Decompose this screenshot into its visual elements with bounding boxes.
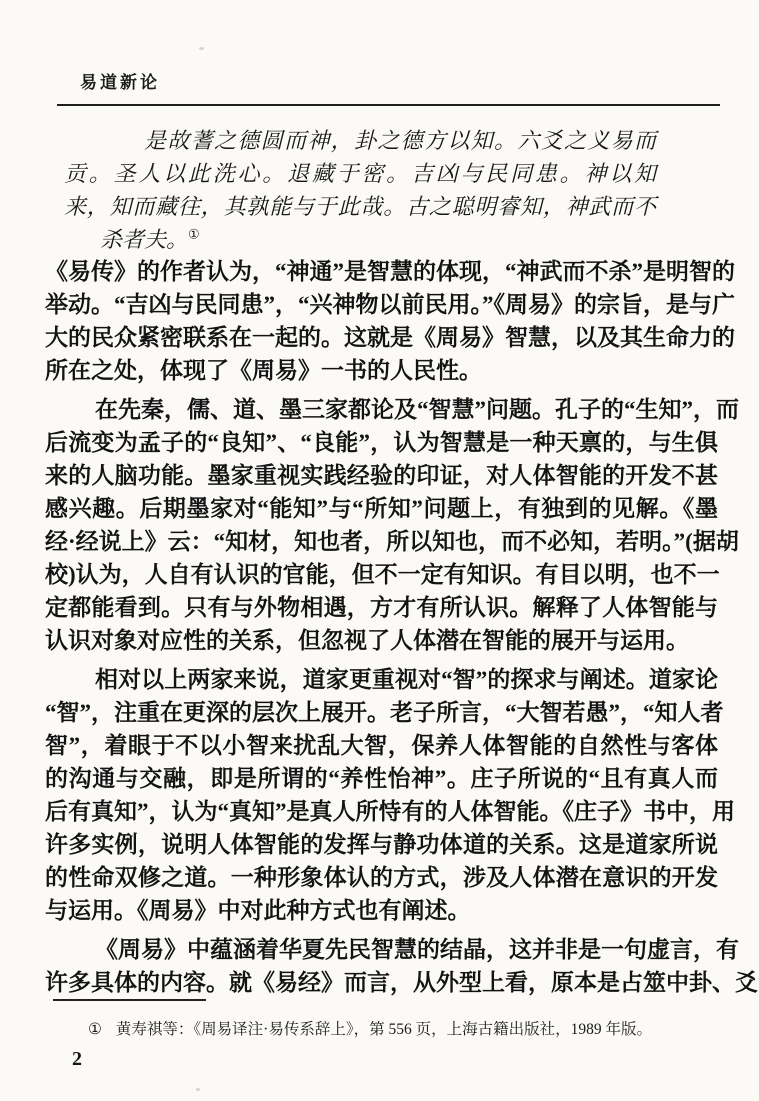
- quote-line: 杀者夫。①: [64, 223, 656, 256]
- text-line: 认识对象对应性的关系，但忽视了人体潜在智能的展开与运用。: [45, 624, 718, 657]
- header-rule: [57, 104, 720, 106]
- text-line: 与运用。《周易》中对此种方式也有阐述。: [45, 894, 718, 927]
- paragraph: 在先秦，儒、道、墨三家都论及“智慧”问题。孔子的“生知”，而 后流变为孟子的“良…: [45, 393, 718, 657]
- text-line: 举动。“吉凶与民同患”，“兴神物以前民用。”《周易》的宗旨，是与广: [45, 288, 718, 321]
- text-line: 许多实例，说明人体智能的发挥与静功体道的关系。这是道家所说: [45, 828, 718, 861]
- book-page: 易道新论 是故蓍之德圆而神，卦之德方以知。六爻之义易而 贡。圣人以此洗心。退藏于…: [0, 0, 759, 1101]
- scan-artifact: [196, 1088, 200, 1091]
- paragraph: 相对以上两家来说，道家更重视对“智”的探求与阐述。道家论 “智”，注重在更深的层…: [45, 663, 718, 927]
- text-line: 经·经说上》云：“知材，知也者，所以知也，而不必知，若明。”(据胡: [45, 525, 718, 558]
- scan-artifact: [199, 47, 204, 50]
- text-line: 后流变为孟子的“良知”、“良能”，认为智慧是一种天禀的，与生俱: [45, 426, 718, 459]
- text-line: 所在之处，体现了《周易》一书的人民性。: [45, 354, 718, 387]
- text-line: 感兴趣。后期墨家对“能知”与“所知”问题上，有独到的见解。《墨: [45, 492, 718, 525]
- text-line: 后有真知”，认为“真知”是真人所恃有的人体智能。《庄子》书中，用: [45, 795, 718, 828]
- text-line: 相对以上两家来说，道家更重视对“智”的探求与阐述。道家论: [45, 663, 718, 696]
- text-line: 定都能看到。只有与外物相遇，方才有所认识。解释了人体智能与: [45, 591, 718, 624]
- text-line: 许多具体的内容。就《易经》而言，从外型上看，原本是占筮中卦、爻: [45, 966, 718, 999]
- footnote: ①黄寿祺等：《周易译注·易传系辞上》，第 556 页，上海古籍出版社，1989 …: [45, 1018, 720, 1041]
- text-line: 校)认为，人自有认识的官能，但不一定有知识。有目以明，也不一: [45, 558, 718, 591]
- paragraph: 《周易》中蕴涵着华夏先民智慧的结晶，这并非是一句虚言，有 许多具体的内容。就《易…: [45, 933, 718, 999]
- text-line: 智”，着眼于不以小智来扰乱大智，保养人体智能的自然性与客体: [45, 729, 718, 762]
- text-line: “智”，注重在更深的层次上展开。老子所言，“大智若愚”，“知人者: [45, 696, 718, 729]
- quote-line: 来，知而藏往，其孰能与于此哉。古之聪明睿知，神武而不: [64, 190, 656, 223]
- footnote-text: 黄寿祺等：《周易译注·易传系辞上》，第 556 页，上海古籍出版社，1989 年…: [116, 1021, 652, 1038]
- page-number: 2: [72, 1048, 82, 1071]
- quote-line-text: 杀者夫。: [100, 227, 188, 252]
- footnote-marker: ①: [45, 1021, 102, 1038]
- text-line: 《周易》中蕴涵着华夏先民智慧的结晶，这并非是一句虚言，有: [45, 933, 718, 966]
- text-line: 《易传》的作者认为，“神通”是智慧的体现，“神武而不杀”是明智的: [45, 255, 718, 288]
- text-line: 的性命双修之道。一种形象体认的方式，涉及人体潜在意识的开发: [45, 861, 718, 894]
- running-header-book-title: 易道新论: [80, 68, 160, 93]
- paragraph: 《易传》的作者认为，“神通”是智慧的体现，“神武而不杀”是明智的 举动。“吉凶与…: [45, 255, 718, 387]
- text-line: 的沟通与交融，即是所谓的“养性怡神”。庄子所说的“且有真人而: [45, 762, 718, 795]
- text-line: 在先秦，儒、道、墨三家都论及“智慧”问题。孔子的“生知”，而: [45, 393, 718, 426]
- quote-line: 贡。圣人以此洗心。退藏于密。吉凶与民同患。神以知: [64, 157, 656, 190]
- footnote-reference-mark: ①: [188, 227, 200, 242]
- body-text: 《易传》的作者认为，“神通”是智慧的体现，“神武而不杀”是明智的 举动。“吉凶与…: [45, 255, 718, 999]
- quote-line: 是故蓍之德圆而神，卦之德方以知。六爻之义易而: [64, 124, 656, 157]
- footnote-separator: [53, 999, 206, 1001]
- text-line: 大的民众紧密联系在一起的。这就是《周易》智慧，以及其生命力的: [45, 321, 718, 354]
- blockquote: 是故蓍之德圆而神，卦之德方以知。六爻之义易而 贡。圣人以此洗心。退藏于密。吉凶与…: [64, 124, 656, 256]
- text-line: 来的人脑功能。墨家重视实践经验的印证，对人体智能的开发不甚: [45, 459, 718, 492]
